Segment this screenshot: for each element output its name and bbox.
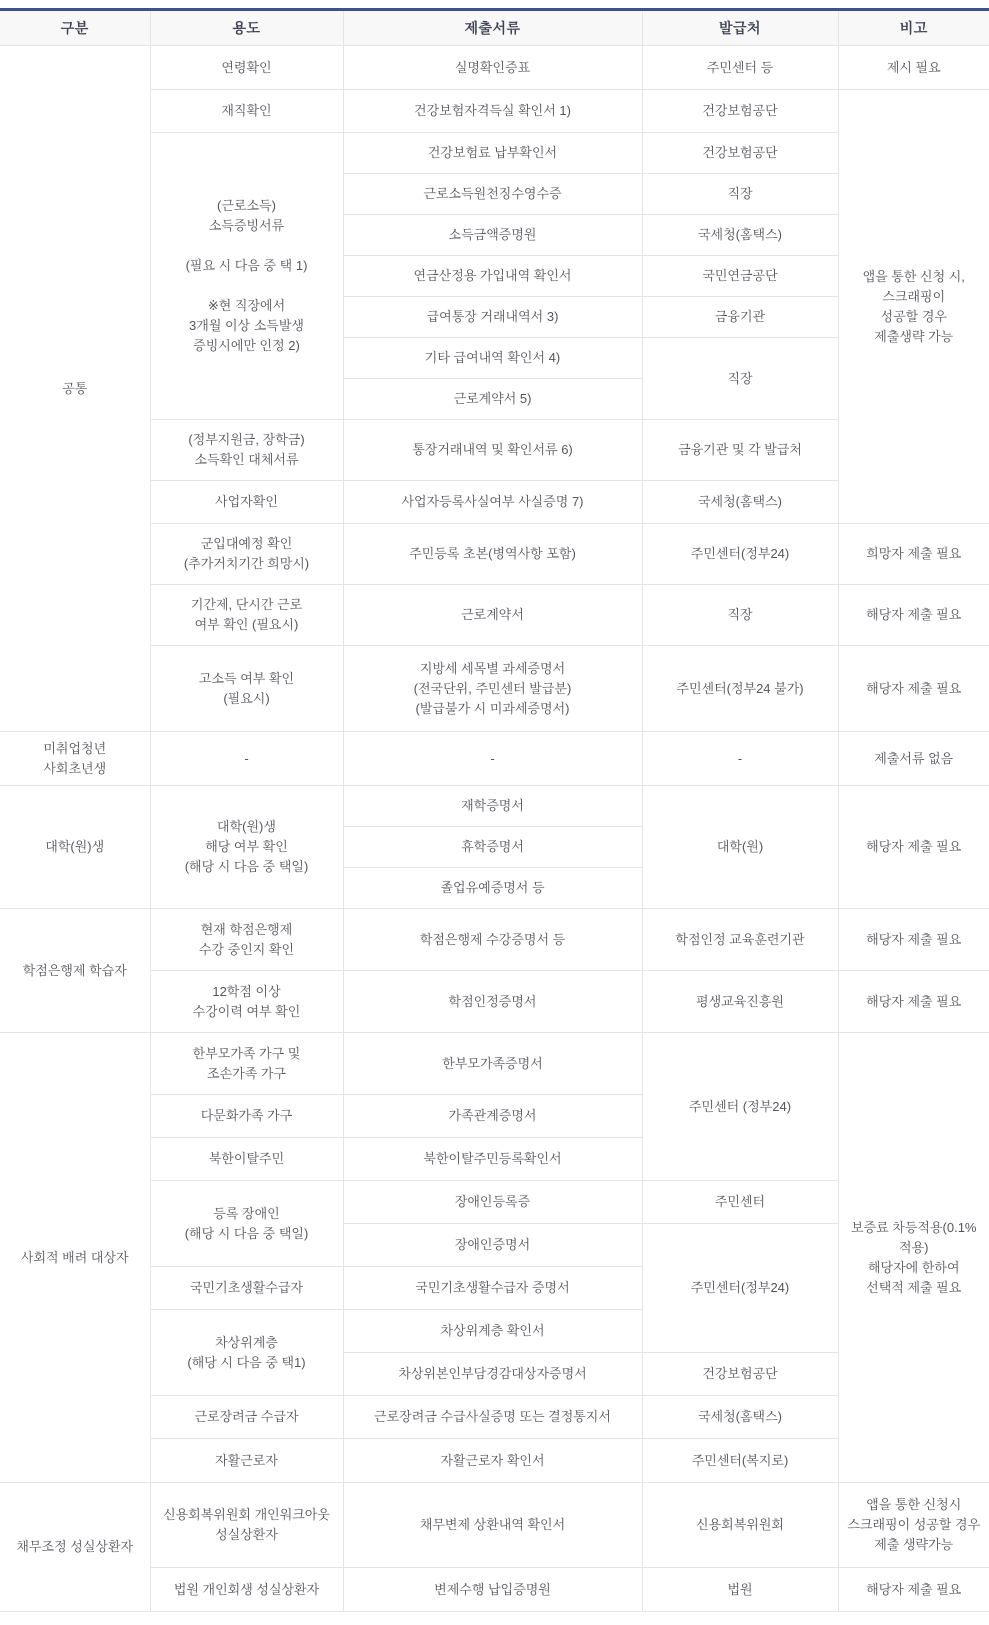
table-cell: 신용회복위원회 xyxy=(642,1483,838,1568)
table-cell: 주민센터(정부24 불가) xyxy=(642,646,838,732)
table-cell: 기타 급여내역 확인서 4) xyxy=(343,338,642,379)
column-header-documents: 제출서류 xyxy=(343,10,642,46)
table-cell: 미취업청년 사회초년생 xyxy=(0,732,150,786)
table-cell: 건강보험공단 xyxy=(642,90,838,133)
table-cell: (정부지원금, 장학금) 소득확인 대체서류 xyxy=(150,420,343,481)
table-cell: 앱을 통한 신청시 스크래핑이 성공할 경우 제출 생략가능 xyxy=(838,1483,989,1568)
table-cell: 군입대예정 확인 (추가거치기간 희망시) xyxy=(150,524,343,585)
table-cell: 건강보험공단 xyxy=(642,1353,838,1396)
table-cell: 북한이탈주민 xyxy=(150,1138,343,1181)
table-cell: 학점인정증명서 xyxy=(343,971,642,1033)
column-header-remarks: 비고 xyxy=(838,10,989,46)
table-cell: 연금산정용 가입내역 확인서 xyxy=(343,256,642,297)
table-cell: 학점은행제 수강증명서 등 xyxy=(343,909,642,971)
table-cell: 국민연금공단 xyxy=(642,256,838,297)
table-cell: - xyxy=(642,732,838,786)
table-cell: 주민센터 (정부24) xyxy=(642,1033,838,1181)
table-cell: 주민센터 xyxy=(642,1181,838,1224)
table-row: 대학(원)생대학(원)생 해당 여부 확인 (해당 시 다음 중 택일)재학증명… xyxy=(0,786,989,827)
table-cell: 대학(원)생 해당 여부 확인 (해당 시 다음 중 택일) xyxy=(150,786,343,909)
table-cell: 차상위계층 (해당 시 다음 중 택1) xyxy=(150,1310,343,1396)
table-cell: 금융기관 및 각 발급처 xyxy=(642,420,838,481)
table-cell: 국세청(홈택스) xyxy=(642,481,838,524)
table-cell: 해당자 제출 필요 xyxy=(838,786,989,909)
table-cell: 고소득 여부 확인 (필요시) xyxy=(150,646,343,732)
table-cell: 주민센터(정부24) xyxy=(642,1224,838,1353)
table-cell: 재학증명서 xyxy=(343,786,642,827)
column-header-issuer: 발급처 xyxy=(642,10,838,46)
table-cell: 지방세 세목별 과세증명서 (전국단위, 주민센터 발급분) (발급불가 시 미… xyxy=(343,646,642,732)
table-cell: 근로소득원천징수영수증 xyxy=(343,174,642,215)
header-row: 구분 용도 제출서류 발급처 비고 xyxy=(0,10,989,46)
table-row: 학점은행제 학습자현재 학점은행제 수강 중인지 확인학점은행제 수강증명서 등… xyxy=(0,909,989,971)
table-cell: 보증료 차등적용(0.1% 적용) 해당자에 한하여 선택적 제출 필요 xyxy=(838,1033,989,1483)
table-cell: 직장 xyxy=(642,585,838,646)
table-cell: 한부모가족증명서 xyxy=(343,1033,642,1095)
table-cell: 연령확인 xyxy=(150,46,343,90)
table-cell: 근로계약서 xyxy=(343,585,642,646)
table-cell: 현재 학점은행제 수강 중인지 확인 xyxy=(150,909,343,971)
table-cell: 자활근로자 확인서 xyxy=(343,1439,642,1483)
table-cell: 재직확인 xyxy=(150,90,343,133)
table-row: 채무조정 성실상환자신용회복위원회 개인워크아웃 성실상환자채무변제 상환내역 … xyxy=(0,1483,989,1568)
table-cell: 차상위계층 확인서 xyxy=(343,1310,642,1353)
table-header: 구분 용도 제출서류 발급처 비고 xyxy=(0,10,989,46)
table-cell: 해당자 제출 필요 xyxy=(838,1568,989,1612)
table-cell: 사회적 배려 대상자 xyxy=(0,1033,150,1483)
table-cell: 사업자등록사실여부 사실증명 7) xyxy=(343,481,642,524)
column-header-category: 구분 xyxy=(0,10,150,46)
table-cell: 건강보험료 납부확인서 xyxy=(343,133,642,174)
table-cell: 금융기관 xyxy=(642,297,838,338)
table-cell: 건강보험공단 xyxy=(642,133,838,174)
table-cell: 차상위본인부담경감대상자증명서 xyxy=(343,1353,642,1396)
table-cell: 급여통장 거래내역서 3) xyxy=(343,297,642,338)
table-cell: 직장 xyxy=(642,338,838,420)
table-cell: 등록 장애인 (해당 시 다음 중 택일) xyxy=(150,1181,343,1267)
table-cell: 해당자 제출 필요 xyxy=(838,909,989,971)
table-cell: 제출서류 없음 xyxy=(838,732,989,786)
table-cell: - xyxy=(343,732,642,786)
table-cell: 주민센터(정부24) xyxy=(642,524,838,585)
table-cell: 앱을 통한 신청 시, 스크래핑이 성공할 경우 제출생략 가능 xyxy=(838,90,989,524)
table-cell: 희망자 제출 필요 xyxy=(838,524,989,585)
table-cell: 신용회복위원회 개인워크아웃 성실상환자 xyxy=(150,1483,343,1568)
column-header-purpose: 용도 xyxy=(150,10,343,46)
table-cell: 건강보험자격득실 확인서 1) xyxy=(343,90,642,133)
table-cell: - xyxy=(150,732,343,786)
table-cell: 국민기초생활수급자 증명서 xyxy=(343,1267,642,1310)
table-body: 공통연령확인실명확인증표주민센터 등제시 필요재직확인건강보험자격득실 확인서 … xyxy=(0,46,989,1612)
table-cell: 공통 xyxy=(0,46,150,732)
table-cell: 채무조정 성실상환자 xyxy=(0,1483,150,1612)
table-cell: 다문화가족 가구 xyxy=(150,1095,343,1138)
table-cell: 직장 xyxy=(642,174,838,215)
table-cell: 근로장려금 수급자 xyxy=(150,1396,343,1439)
table-cell: 법원 개인회생 성실상환자 xyxy=(150,1568,343,1612)
table-cell: 국세청(홈택스) xyxy=(642,1396,838,1439)
table-cell: (근로소득) 소득증빙서류 (필요 시 다음 중 택 1) ※현 직장에서 3개… xyxy=(150,133,343,420)
table-cell: 채무변제 상환내역 확인서 xyxy=(343,1483,642,1568)
table-row: 공통연령확인실명확인증표주민센터 등제시 필요 xyxy=(0,46,989,90)
table-cell: 근로계약서 5) xyxy=(343,379,642,420)
table-cell: 사업자확인 xyxy=(150,481,343,524)
table-cell: 변제수행 납입증명원 xyxy=(343,1568,642,1612)
table-cell: 통장거래내역 및 확인서류 6) xyxy=(343,420,642,481)
table-cell: 국민기초생활수급자 xyxy=(150,1267,343,1310)
table-cell: 해당자 제출 필요 xyxy=(838,646,989,732)
table-cell: 장애인증명서 xyxy=(343,1224,642,1267)
table-cell: 가족관계증명서 xyxy=(343,1095,642,1138)
table-cell: 학점인정 교육훈련기관 xyxy=(642,909,838,971)
table-cell: 해당자 제출 필요 xyxy=(838,971,989,1033)
table-cell: 실명확인증표 xyxy=(343,46,642,90)
table-row: 사회적 배려 대상자한부모가족 가구 및 조손가족 가구한부모가족증명서주민센터… xyxy=(0,1033,989,1095)
table-cell: 법원 xyxy=(642,1568,838,1612)
table-cell: 국세청(홈택스) xyxy=(642,215,838,256)
table-cell: 장애인등록증 xyxy=(343,1181,642,1224)
table-cell: 해당자 제출 필요 xyxy=(838,585,989,646)
table-cell: 주민센터 등 xyxy=(642,46,838,90)
table-cell: 자활근로자 xyxy=(150,1439,343,1483)
table-cell: 12학점 이상 수강이력 여부 확인 xyxy=(150,971,343,1033)
table-row: 미취업청년 사회초년생---제출서류 없음 xyxy=(0,732,989,786)
table-cell: 근로장려금 수급사실증명 또는 결정통지서 xyxy=(343,1396,642,1439)
table-cell: 휴학증명서 xyxy=(343,827,642,868)
table-cell: 평생교육진흥원 xyxy=(642,971,838,1033)
table-cell: 북한이탈주민등록확인서 xyxy=(343,1138,642,1181)
table-cell: 대학(원)생 xyxy=(0,786,150,909)
table-cell: 대학(원) xyxy=(642,786,838,909)
table-cell: 한부모가족 가구 및 조손가족 가구 xyxy=(150,1033,343,1095)
table-cell: 주민센터(복지로) xyxy=(642,1439,838,1483)
table-cell: 기간제, 단시간 근로 여부 확인 (필요시) xyxy=(150,585,343,646)
table-cell: 소득금액증명원 xyxy=(343,215,642,256)
documents-table: 구분 용도 제출서류 발급처 비고 공통연령확인실명확인증표주민센터 등제시 필… xyxy=(0,8,989,1612)
table-cell: 주민등록 초본(병역사항 포함) xyxy=(343,524,642,585)
table-cell: 학점은행제 학습자 xyxy=(0,909,150,1033)
table-cell: 제시 필요 xyxy=(838,46,989,90)
table-cell: 졸업유예증명서 등 xyxy=(343,868,642,909)
